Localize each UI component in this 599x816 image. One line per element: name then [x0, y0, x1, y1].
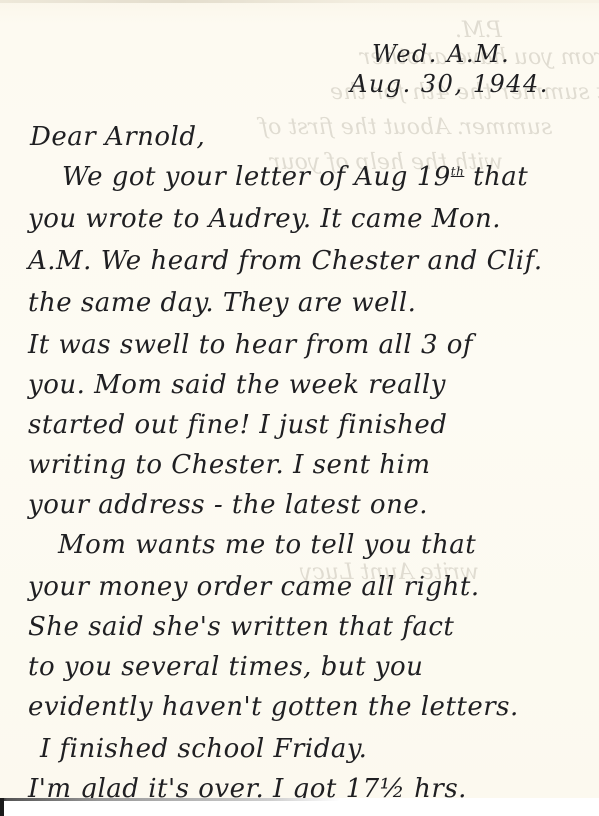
salutation: Dear Arnold,: [30, 122, 205, 152]
scan-corner-shadow: [0, 798, 4, 816]
letter-line-12: She said she's written that fact: [28, 612, 454, 642]
line-1-ordinal: th: [451, 164, 465, 178]
bleed-through-text: summer. About the first of: [260, 115, 552, 140]
letter-day: Wed. A.M.: [372, 40, 510, 68]
letter-line-13: to you several times, but you: [28, 652, 423, 682]
letter-line-3: A.M. We heard from Chester and Clif.: [28, 246, 543, 276]
line-1-text-end: that: [464, 162, 528, 192]
letter-line-7: started out fine! I just finished: [28, 410, 447, 440]
letter-date: Aug. 30, 1944.: [350, 70, 549, 98]
letter-line-6: you. Mom said the week really: [28, 370, 446, 400]
letter-line-5: It was swell to hear from all 3 of: [28, 330, 473, 360]
letter-line-1: We got your letter of Aug 19th that: [62, 162, 528, 192]
paper-bottom-edge: [0, 798, 340, 801]
letter-line-4: the same day. They are well.: [28, 288, 416, 318]
letter-line-15: I finished school Friday.: [40, 734, 367, 764]
letter-line-11: your money order came all right.: [28, 572, 480, 602]
letter-page: P.M. letter from you have another last s…: [0, 0, 599, 798]
letter-line-9: your address - the latest one.: [28, 490, 428, 520]
letter-line-2: you wrote to Audrey. It came Mon.: [28, 204, 501, 234]
letter-line-10: Mom wants me to tell you that: [58, 530, 476, 560]
letter-line-16: I'm glad it's over. I got 17½ hrs.: [28, 774, 467, 798]
paper-top-edge: [0, 0, 599, 3]
letter-line-8: writing to Chester. I sent him: [28, 450, 431, 480]
letter-line-14: evidently haven't gotten the letters.: [28, 692, 519, 722]
line-1-text: We got your letter of Aug 19: [62, 162, 451, 192]
